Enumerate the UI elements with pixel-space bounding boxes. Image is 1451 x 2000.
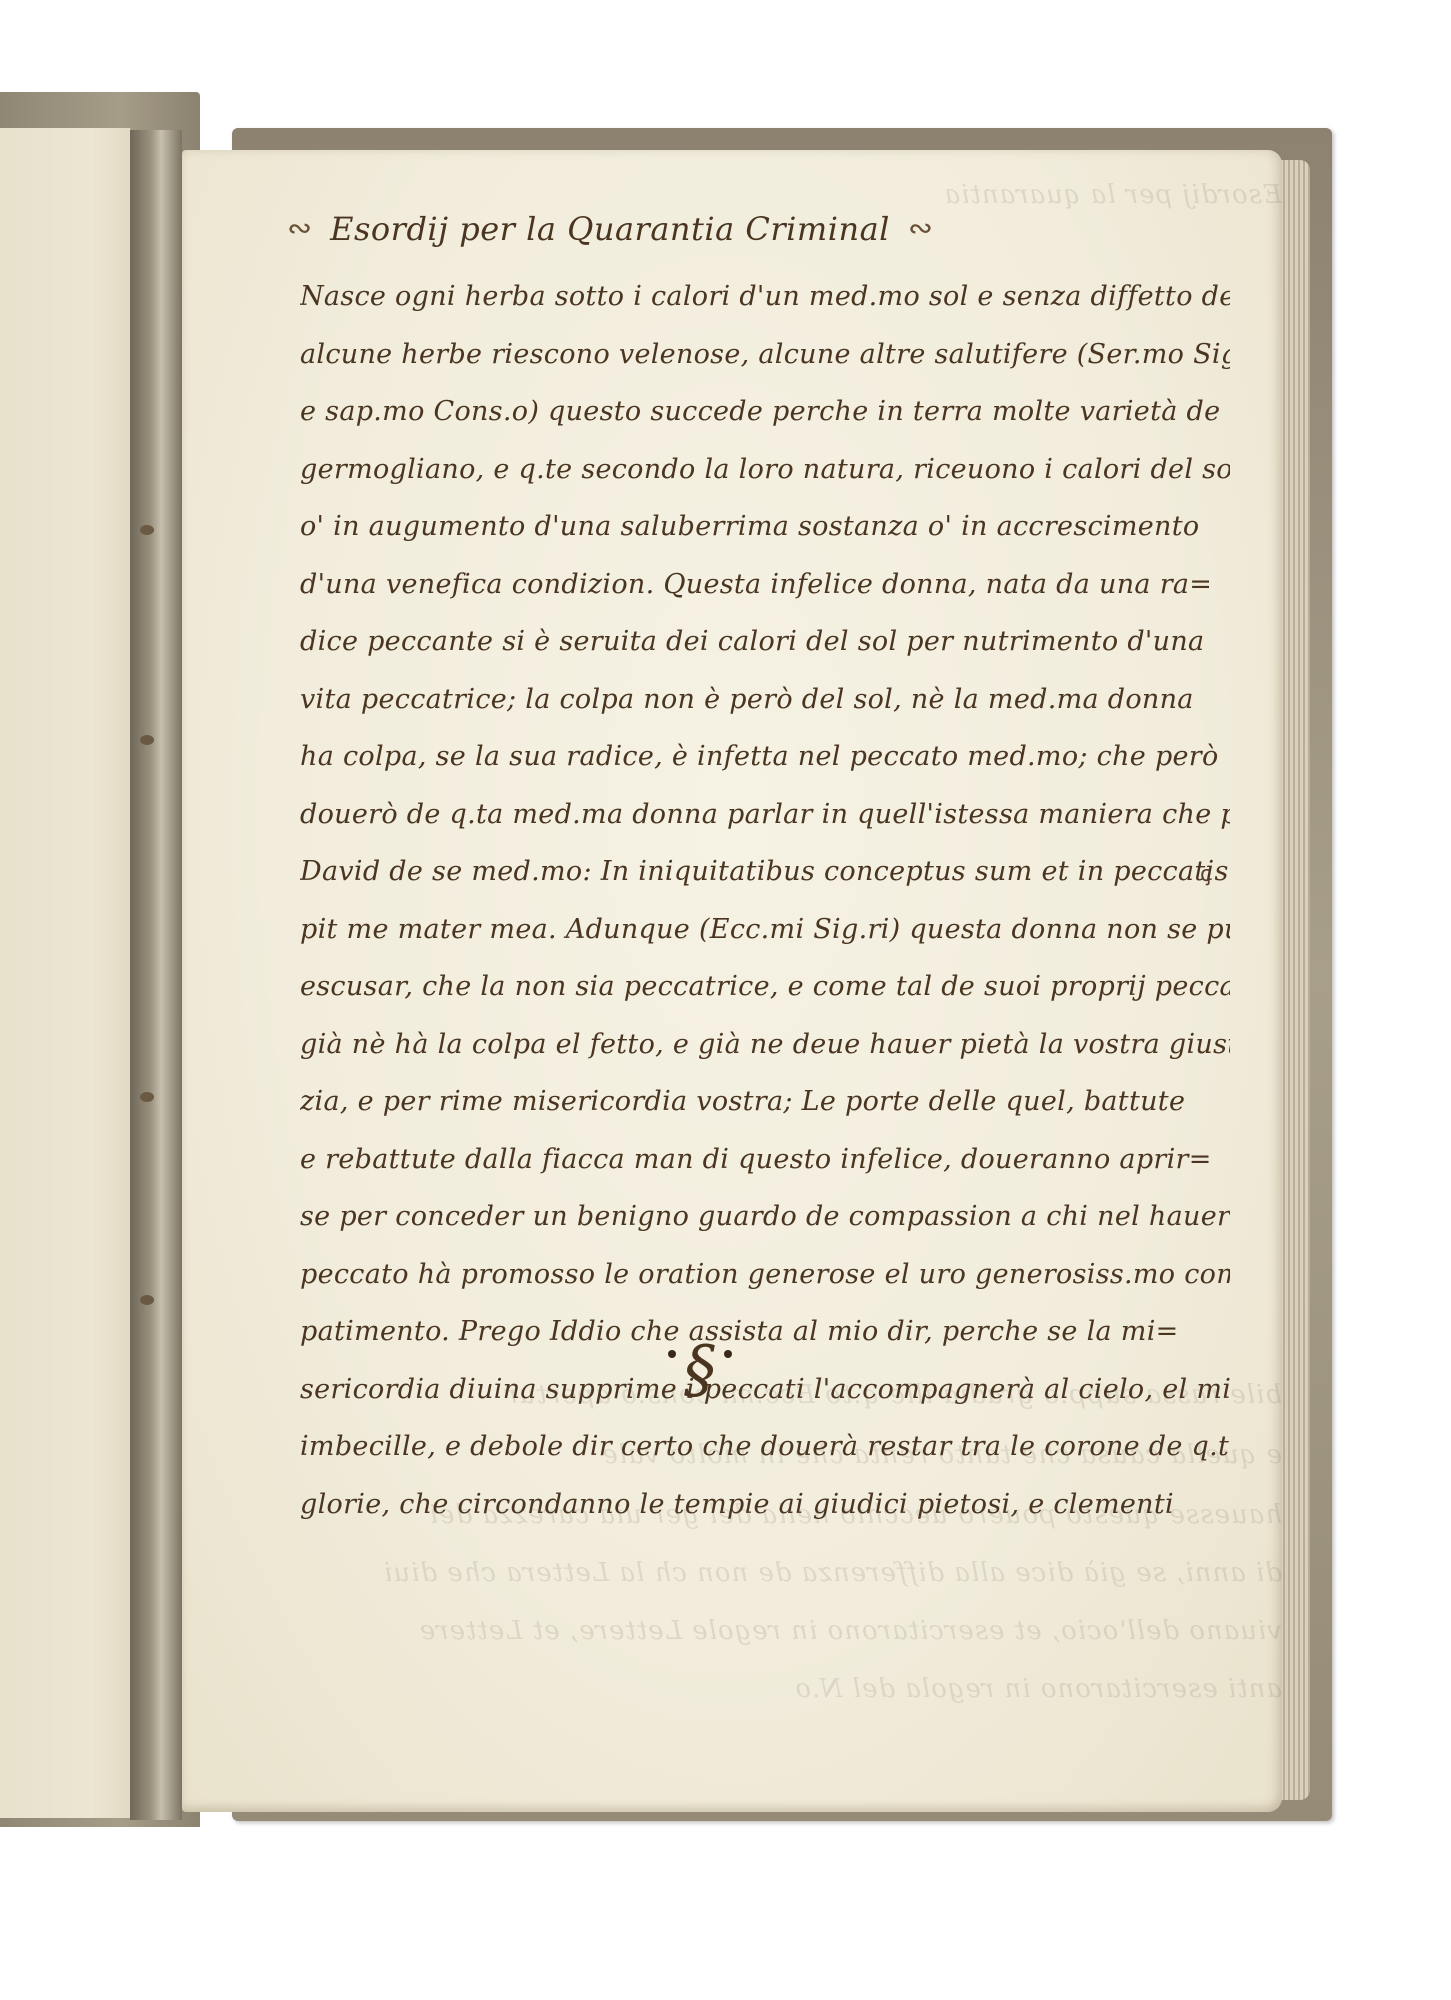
binding-stitch — [140, 525, 154, 535]
text-line: se per conceder un benigno guardo de com… — [300, 1188, 1230, 1246]
flourish-right-icon: ∾ — [908, 214, 933, 244]
bleed-through-line: anti esercitarono in regola del N.o — [182, 1674, 1282, 1704]
book-spine — [130, 130, 182, 1820]
text-line: e rebattute dalla fiacca man di questo i… — [300, 1131, 1230, 1189]
flourish-left-icon: ∾ — [287, 214, 312, 244]
text-line: vita peccatrice; la colpa non è però del… — [300, 671, 1230, 729]
text-line: Nasce ogni herba sotto i calori d'un med… — [300, 268, 1230, 326]
text-line: sericordia diuina supprime i peccati l'a… — [300, 1361, 1230, 1419]
manuscript-heading: ∾ Esordij per la Quarantia Criminal ∾ — [250, 205, 970, 253]
margin-mark-icon: ꞔ — [1200, 858, 1211, 888]
manuscript-body: Nasce ogni herba sotto i calori d'un med… — [300, 268, 1230, 1533]
text-line: David de se med.mo: In iniquitatibus con… — [300, 843, 1230, 901]
binding-stitch — [140, 735, 154, 745]
bleed-through-line: di anni, se già dice alla differenza de … — [182, 1558, 1282, 1588]
text-line: o' in augumento d'una saluberrima sostan… — [300, 498, 1230, 556]
text-line: glorie, che circondanno le tempie ai giu… — [300, 1476, 1230, 1534]
text-line: peccato hà promosso le oration generose … — [300, 1246, 1230, 1304]
text-line: escusar, che la non sia peccatrice, e co… — [300, 958, 1230, 1016]
bleed-through-line: viuano dell'ocio, et esercitarono in reg… — [182, 1616, 1282, 1646]
text-line: d'una venefica condizion. Questa infelic… — [300, 556, 1230, 614]
manuscript-title: Esordij per la Quarantia Criminal — [330, 210, 890, 248]
binding-stitch — [140, 1092, 154, 1102]
left-blank-page — [0, 128, 131, 1818]
text-line: germogliano, e q.te secondo la loro natu… — [300, 441, 1230, 499]
text-line: dice peccante si è seruita dei calori de… — [300, 613, 1230, 671]
text-line: ha colpa, se la sua radice, è infetta ne… — [300, 728, 1230, 786]
text-line: imbecille, e debole dir certo che douerà… — [300, 1418, 1230, 1476]
text-line: già nè hà la colpa el fetto, e già ne de… — [300, 1016, 1230, 1074]
closing-flourish-icon: § — [660, 1330, 740, 1410]
text-line: alcune herbe riescono velenose, alcune a… — [300, 326, 1230, 384]
text-line: e sap.mo Cons.o) questo succede perche i… — [300, 383, 1230, 441]
text-line: patimento. Prego Iddio che assista al mi… — [300, 1303, 1230, 1361]
text-line: pit me mater mea. Adunque (Ecc.mi Sig.ri… — [300, 901, 1230, 959]
text-line: zia, e per rime misericordia vostra; Le … — [300, 1073, 1230, 1131]
binding-stitch — [140, 1295, 154, 1305]
text-line: douerò de q.ta med.ma donna parlar in qu… — [300, 786, 1230, 844]
